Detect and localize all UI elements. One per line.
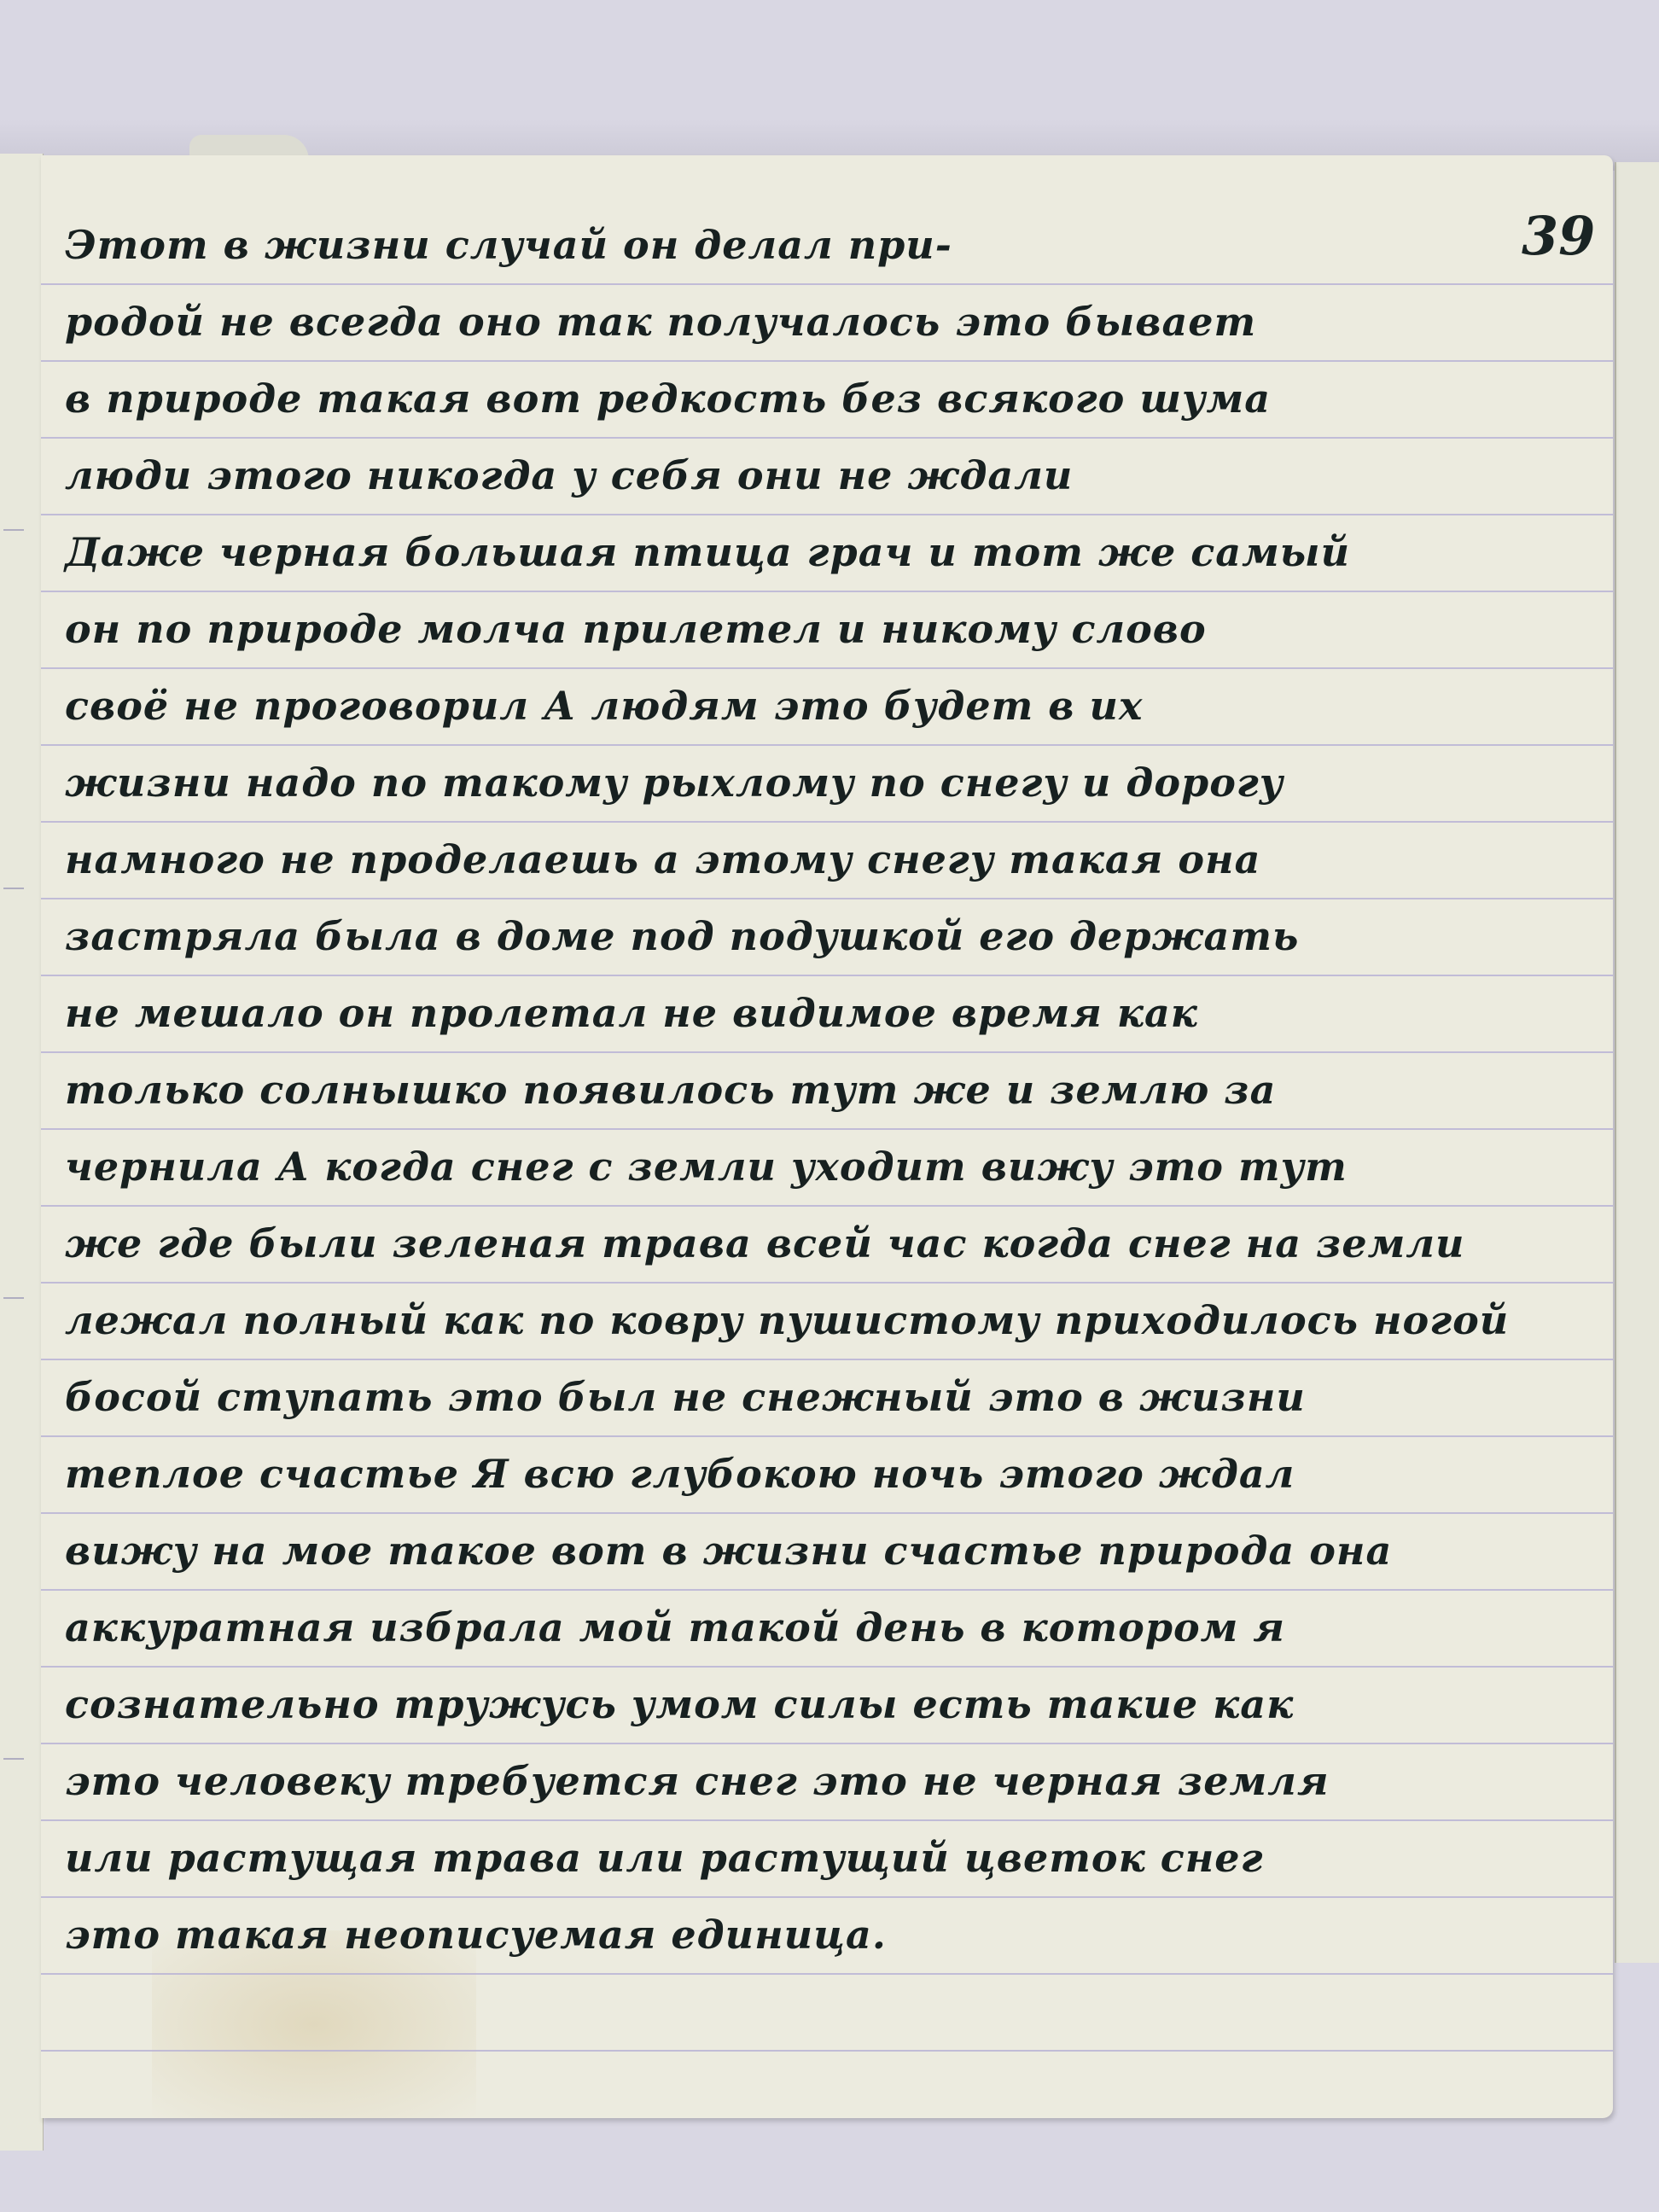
text-line: Этот в жизни случай он делал при- [65, 222, 952, 268]
text-line: сознательно тружусь умом силы есть такие… [65, 1681, 1294, 1727]
text-line: или растущая трава или растущий цветок с… [65, 1835, 1263, 1881]
text-line: это человеку требуется снег это не черна… [65, 1758, 1330, 1804]
rule-line [41, 437, 1613, 439]
rule-line [41, 821, 1613, 823]
text-line: вижу на мое такое вот в жизни счастье пр… [65, 1528, 1392, 1574]
rule-line [41, 975, 1613, 976]
rule-line [41, 1743, 1613, 1744]
text-line: намного не проделаешь а этому снегу така… [65, 836, 1260, 882]
rule-line [41, 1051, 1613, 1053]
rule-line [41, 1512, 1613, 1514]
text-line: люди этого никогда у себя они не ждали [65, 452, 1073, 498]
rule-line [41, 514, 1613, 515]
rule-line [41, 1819, 1613, 1821]
rule-line [41, 360, 1613, 362]
rule-line [41, 1589, 1613, 1591]
notebook-page: 39 Этот в жизни случай он делал при- род… [41, 155, 1613, 2118]
rule-line [41, 1435, 1613, 1437]
margin-mark [3, 529, 24, 531]
text-line: это такая неописуемая единица. [65, 1912, 887, 1958]
text-line: только солнышко появилось тут же и землю… [65, 1067, 1276, 1113]
margin-mark [3, 1297, 24, 1299]
text-line: аккуратная избрала мой такой день в кото… [65, 1604, 1285, 1650]
paper-stain [152, 1930, 476, 2118]
rule-line [41, 744, 1613, 746]
text-line: родой не всегда оно так получалось это б… [65, 299, 1256, 345]
rule-line [41, 1205, 1613, 1207]
rule-line [41, 1896, 1613, 1898]
rule-line [41, 591, 1613, 592]
right-page-edge [1615, 162, 1659, 1963]
text-line: жизни надо по такому рыхлому по снегу и … [65, 760, 1284, 806]
text-line: не мешало он пролетал не видимое время к… [65, 990, 1198, 1036]
text-line: лежал полный как по ковру пушистому прих… [65, 1297, 1509, 1343]
page-number: 39 [1522, 205, 1595, 267]
rule-line [41, 1359, 1613, 1360]
text-line: Даже черная большая птица грач и тот же … [65, 529, 1350, 575]
margin-mark [3, 1758, 24, 1760]
rule-line [41, 1666, 1613, 1668]
rule-line [41, 1282, 1613, 1284]
rule-line [41, 667, 1613, 669]
rule-line [41, 2050, 1613, 2052]
text-line: чернила А когда снег с земли уходит вижу… [65, 1144, 1348, 1190]
rule-line [41, 283, 1613, 285]
margin-mark [3, 888, 24, 889]
text-line: застряла была в доме под подушкой его де… [65, 913, 1299, 959]
text-line: же где были зеленая трава всей час когда… [65, 1220, 1465, 1266]
rule-line [41, 898, 1613, 899]
text-line: он по природе молча прилетел и никому сл… [65, 606, 1207, 652]
rule-line [41, 1973, 1613, 1975]
text-line: своё не проговорил А людям это будет в и… [65, 683, 1143, 729]
text-line: босой ступать это был не снежный это в ж… [65, 1374, 1306, 1420]
rule-line [41, 1128, 1613, 1130]
text-line: теплое счастье Я всю глубокою ночь этого… [65, 1451, 1295, 1497]
text-line: в природе такая вот редкость без всякого… [65, 375, 1271, 422]
left-page-edge [0, 154, 44, 2151]
